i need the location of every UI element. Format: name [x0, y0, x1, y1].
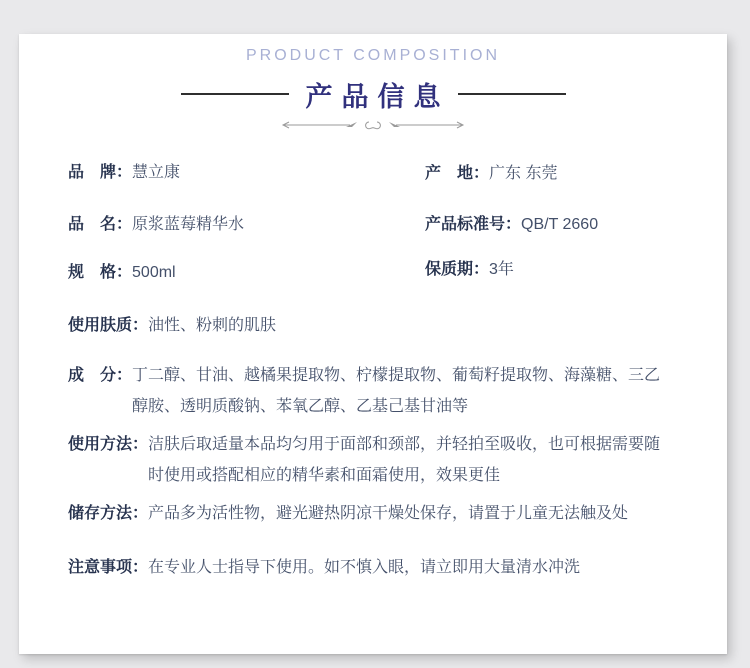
- field-label: 规 格：: [68, 262, 132, 284]
- field-usage-method: 使用方法： 洁肤后取适量本品均匀用于面部和颈部，并轻拍至吸收，也可根据需要随时使…: [68, 429, 694, 491]
- field-value: QB/T 2660: [521, 214, 598, 236]
- field-label: 成 分：: [68, 360, 132, 391]
- field-ingredients: 成 分： 丁二醇、甘油、越橘果提取物、柠檬提取物、葡萄籽提取物、海藻糖、三乙醇胺…: [68, 360, 694, 422]
- field-label: 产 地：: [425, 163, 489, 185]
- title-row: 产品信息: [19, 76, 727, 112]
- field-label: 注意事项：: [68, 557, 148, 579]
- field-origin: 产 地： 广东 东莞: [425, 163, 557, 185]
- flourish-icon: [280, 117, 466, 133]
- title-rule-right: [458, 93, 566, 95]
- field-value: 产品多为活性物，避光避热阴凉干燥处保存，请置于儿童无法触及处: [148, 503, 628, 525]
- field-label: 品 牌：: [68, 162, 132, 184]
- eyebrow-text: PRODUCT COMPOSITION: [19, 47, 727, 65]
- field-label: 保质期：: [425, 259, 489, 281]
- field-value: 慧立康: [132, 162, 180, 184]
- page-title: 产品信息: [306, 75, 450, 114]
- field-value: 3年: [489, 259, 514, 281]
- field-storage-method: 储存方法： 产品多为活性物，避光避热阴凉干燥处保存，请置于儿童无法触及处: [68, 503, 694, 525]
- field-skin-type: 使用肤质： 油性、粉刺的肌肤: [68, 315, 276, 337]
- field-label: 品 名：: [68, 214, 132, 236]
- field-value: 广东 东莞: [489, 163, 557, 185]
- field-standard-number: 产品标准号： QB/T 2660: [425, 214, 598, 236]
- field-label: 储存方法：: [68, 503, 148, 525]
- product-info-card: PRODUCT COMPOSITION 产品信息 品 牌： 慧立康 产 地： 广…: [19, 34, 727, 654]
- field-value: 洁肤后取适量本品均匀用于面部和颈部，并轻拍至吸收，也可根据需要随时使用或搭配相应…: [148, 429, 672, 491]
- field-value: 500ml: [132, 262, 176, 284]
- field-value: 丁二醇、甘油、越橘果提取物、柠檬提取物、葡萄籽提取物、海藻糖、三乙醇胺、透明质酸…: [132, 360, 666, 422]
- field-precautions: 注意事项： 在专业人士指导下使用。如不慎入眼，请立即用大量清水冲洗: [68, 557, 694, 579]
- field-product-name: 品 名： 原浆蓝莓精华水: [68, 214, 244, 236]
- field-specification: 规 格： 500ml: [68, 262, 176, 284]
- field-shelf-life: 保质期： 3年: [425, 259, 514, 281]
- title-rule-left: [181, 93, 289, 95]
- field-brand: 品 牌： 慧立康: [68, 162, 180, 184]
- field-value: 油性、粉刺的肌肤: [148, 315, 276, 337]
- field-label: 使用肤质：: [68, 315, 148, 337]
- field-value: 原浆蓝莓精华水: [132, 214, 244, 236]
- field-label: 使用方法：: [68, 429, 148, 460]
- field-value: 在专业人士指导下使用。如不慎入眼，请立即用大量清水冲洗: [148, 557, 580, 579]
- flourish-divider: [19, 117, 727, 133]
- field-label: 产品标准号：: [425, 214, 521, 236]
